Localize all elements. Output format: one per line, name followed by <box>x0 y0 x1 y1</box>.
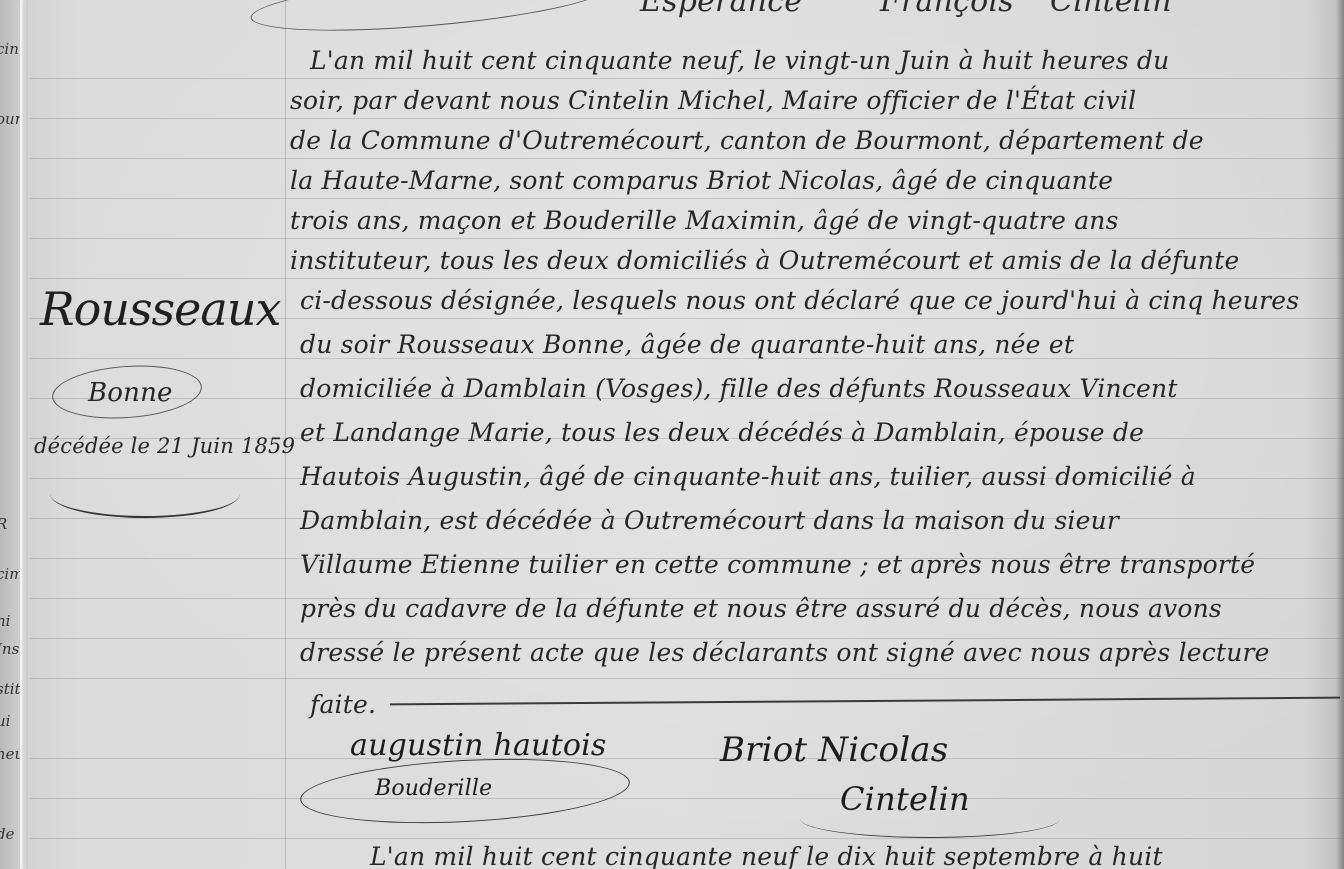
facing-page-fragment: ni <box>0 612 10 630</box>
facing-page-fragment: ui <box>0 712 10 730</box>
facing-page-fragment: R <box>0 515 7 533</box>
facing-page-fragment: cinq <box>0 40 22 58</box>
ruled-line <box>30 798 1344 799</box>
act-line: et Landange Marie, tous les deux décédés… <box>300 418 1144 447</box>
act-line: trois ans, maçon et Bouderille Maximin, … <box>290 206 1119 235</box>
act-line: la Haute-Marne, sont comparus Briot Nico… <box>290 166 1113 195</box>
act-line: près du cadavre de la défunte et nous êt… <box>300 594 1222 623</box>
act-line: de la Commune d'Outremécourt, canton de … <box>290 126 1204 155</box>
ruled-line <box>30 198 1344 199</box>
act-line: Villaume Etienne tuilier en cette commun… <box>300 550 1255 579</box>
facing-page-fragment: de <box>0 825 14 843</box>
act-line: Damblain, est décédée à Outremécourt dan… <box>300 506 1119 535</box>
previous-entry-name-fragment: François <box>880 0 1014 19</box>
margin-first-name: Bonne <box>88 378 173 408</box>
act-line: dressé le présent acte que les déclarant… <box>300 638 1270 667</box>
facing-page-fragment: Ins <box>0 640 19 658</box>
scanned-register-page: cinq oure R cim ni Ins stitu ui heu de E… <box>0 0 1344 869</box>
margin-death-date: décédée le 21 Juin 1859 <box>34 434 295 458</box>
signature-briot-nicolas: Briot Nicolas <box>720 730 948 770</box>
ruled-line <box>30 758 1344 759</box>
signature-declarant-hautois: augustin hautois <box>350 728 606 763</box>
header-flourish <box>249 0 612 42</box>
ruled-line <box>30 238 1344 239</box>
previous-entry-name-fragment: Espérance <box>640 0 802 19</box>
act-line: Hautois Augustin, âgé de cinquante-huit … <box>300 462 1196 491</box>
binding-fold <box>22 0 28 869</box>
signature-flourish <box>299 751 632 830</box>
mayor-signature-underline <box>800 800 1060 838</box>
margin-flourish <box>50 470 240 518</box>
facing-page-fragment: heu <box>0 745 22 763</box>
act-line: faite. <box>310 690 376 719</box>
ruled-line <box>30 278 1344 279</box>
page-edge-shadow <box>1336 0 1344 869</box>
act-line: instituteur, tous les deux domiciliés à … <box>290 246 1239 275</box>
ruled-line <box>30 78 1344 79</box>
ruled-line <box>30 678 1344 679</box>
ruled-line <box>30 158 1344 159</box>
act-line: domiciliée à Damblain (Vosges), fille de… <box>300 374 1178 403</box>
act-line: ci-dessous désignée, lesquels nous ont d… <box>300 286 1299 315</box>
margin-surname: Rousseaux <box>40 282 280 336</box>
ruled-line <box>30 118 1344 119</box>
closing-rule <box>390 697 1340 706</box>
facing-page-fragment: oure <box>0 110 22 128</box>
facing-page-fragment: cim <box>0 565 22 583</box>
act-line: du soir Rousseaux Bonne, âgée de quarant… <box>300 330 1074 359</box>
next-entry-first-line: L'an mil huit cent cinquante neuf le dix… <box>370 842 1163 869</box>
ruled-line <box>30 838 1344 839</box>
act-line: soir, par devant nous Cintelin Michel, M… <box>290 86 1136 115</box>
facing-page-strip: cinq oure R cim ni Ins stitu ui heu de <box>0 0 22 869</box>
act-line: L'an mil huit cent cinquante neuf, le vi… <box>310 46 1169 75</box>
facing-page-fragment: stitu <box>0 680 22 698</box>
previous-entry-signature-fragment: Cintelin <box>1050 0 1172 19</box>
